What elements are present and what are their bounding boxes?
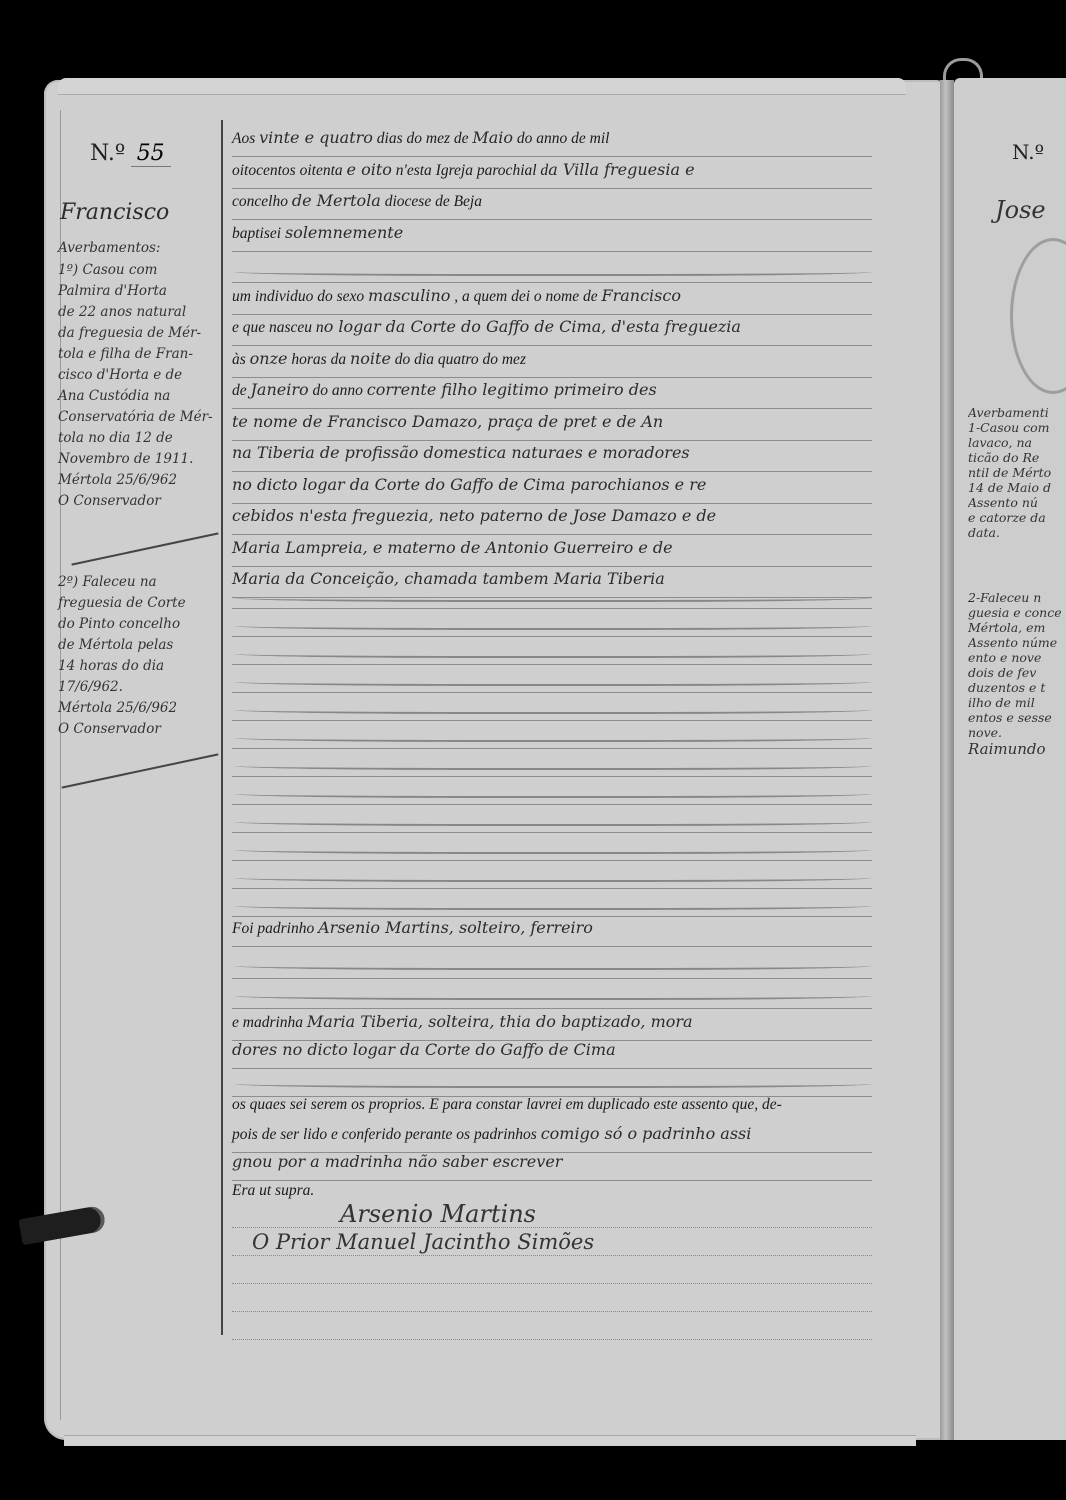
record-line: de Janeiro do anno corrente filho legiti… — [232, 380, 872, 409]
entry-number: N.º 55 — [90, 140, 171, 166]
annotation-line: freguesia de Corte — [58, 593, 223, 614]
facing-annotation-line: ilho de mil — [968, 695, 1066, 710]
handwritten-text: cebidos n'esta freguezia, neto paterno d… — [232, 506, 716, 525]
facing-baptized-name: Jose — [995, 196, 1046, 224]
blank-line — [232, 888, 872, 917]
facing-annotation-line: lavaco, na — [968, 435, 1066, 450]
handwritten-text: Maio — [472, 128, 513, 147]
printed-text: do dia quatro do mez — [391, 351, 526, 368]
closing-text-2: pois de ser lido e conferido perante os … — [232, 1126, 541, 1143]
annotation-line: O Conservador — [58, 719, 223, 740]
facing-annotation-line: Assento nú — [968, 495, 1066, 510]
facing-annotation-line: 2-Faleceu n — [968, 590, 1066, 605]
handwritten-text: solemnemente — [285, 223, 403, 242]
blank-line — [232, 804, 872, 833]
strike-wave — [234, 676, 872, 686]
handwritten-text: Maria Lampreia, e materno de Antonio Gue… — [232, 538, 673, 557]
facing-annotation-line: 14 de Maio d — [968, 480, 1066, 495]
annotation-line: tola no dia 12 de — [58, 428, 223, 449]
facing-annotation-line: Averbamenti — [968, 405, 1066, 420]
baptized-name: Francisco — [60, 200, 169, 225]
blank-line — [232, 692, 872, 721]
blank-line — [232, 1068, 872, 1097]
signature-line-3 — [232, 1283, 872, 1284]
annotation-line: Ana Custódia na — [58, 386, 223, 407]
record-line: no dicto logar da Corte do Gaffo de Cima… — [232, 475, 872, 504]
signature-line-1 — [232, 1227, 872, 1228]
closing-hand-3: gnou por a madrinha não saber escrever — [232, 1152, 562, 1171]
printed-text: diocese de Beja — [381, 193, 482, 210]
entry-number-value: 55 — [131, 141, 171, 167]
blank-line — [232, 636, 872, 665]
printed-text: n'esta Igreja parochial d — [392, 162, 548, 179]
handwritten-text: a Villa freguesia e — [548, 160, 694, 179]
blank-line — [232, 720, 872, 749]
annotation-line: Novembro de 1911. — [58, 449, 223, 470]
annotation-line: do Pinto concelho — [58, 614, 223, 635]
annotation-line: 1º) Casou com — [58, 260, 223, 281]
record-line: baptisei solemnemente — [232, 223, 872, 252]
facing-annotation-line: entos e sesse — [968, 710, 1066, 725]
facing-annotation-line: guesia e conce — [968, 605, 1066, 620]
godfather-label: Foi padrinho — [232, 920, 318, 937]
facing-annotation-line: Mértola, em — [968, 620, 1066, 635]
facing-annotation-line: 1-Casou com — [968, 420, 1066, 435]
annotation-death: 2º) Faleceu nafreguesia de Cortedo Pinto… — [58, 572, 223, 740]
facing-annotation-line: ticão do Re — [968, 450, 1066, 465]
printed-text: baptisei — [232, 225, 285, 242]
annotation-line: Mértola 25/6/962 — [58, 470, 223, 491]
record-line: Maria Lampreia, e materno de Antonio Gue… — [232, 538, 872, 567]
record-line — [232, 254, 872, 283]
strike-wave — [234, 990, 872, 1000]
handwritten-text: vinte e quatro — [259, 128, 373, 147]
printed-text: horas da — [288, 351, 350, 368]
facing-annotation-line: duzentos e t — [968, 680, 1066, 695]
facing-annotation-line: e catorze da — [968, 510, 1066, 525]
printed-text: um individuo do sexo — [232, 288, 368, 305]
annotation-line: 17/6/962. — [58, 677, 223, 698]
signature-line-2 — [232, 1255, 872, 1256]
facing-entry-number-label: N.º — [1012, 140, 1044, 164]
facing-annotation-1: Averbamenti1-Casou comlavaco, naticão do… — [968, 405, 1066, 540]
strike-wave — [234, 960, 872, 970]
printed-text: e que nasceu n — [232, 319, 324, 336]
annotation-line: 14 horas do dia — [58, 656, 223, 677]
annotation-line: Palmira d'Horta — [58, 281, 223, 302]
strike-wave — [234, 648, 872, 658]
closing-line-3: gnou por a madrinha não saber escrever — [232, 1152, 872, 1181]
godfather-line: Foi padrinho Arsenio Martins, solteiro, … — [232, 918, 872, 947]
page-bottom-edge — [64, 1435, 916, 1446]
strike-wave — [234, 900, 872, 910]
blank-line — [232, 950, 872, 979]
handwritten-text: Francisco — [602, 286, 681, 305]
handwritten-text: e oito — [347, 160, 392, 179]
book-gutter — [940, 80, 954, 1440]
blank-line — [232, 748, 872, 777]
page-top-edge — [58, 78, 906, 95]
strike-wave — [234, 266, 872, 276]
facing-annotation-2: 2-Faleceu nguesia e conceMértola, emAsse… — [968, 590, 1066, 740]
annotation-line: Conservatória de Mér- — [58, 407, 223, 428]
record-line: e que nasceu no logar da Corte do Gaffo … — [232, 317, 872, 346]
handwritten-text: no dicto logar da Corte do Gaffo de Cima… — [232, 475, 706, 494]
facing-annotation-line: nove. — [968, 725, 1066, 740]
entry-number-label: N.º — [90, 141, 125, 166]
blank-line — [232, 832, 872, 861]
printed-text: Aos — [232, 130, 259, 147]
printed-text: oitocentos oitenta — [232, 162, 347, 179]
godfather-signature: Arsenio Martins — [340, 1200, 536, 1228]
handwritten-text: de Mertola — [292, 191, 381, 210]
blank-line — [232, 580, 872, 609]
handwritten-text: Janeiro — [251, 380, 309, 399]
annotation-line: da freguesia de Mér- — [58, 323, 223, 344]
blank-line — [232, 776, 872, 805]
annotation-line: Mértola 25/6/962 — [58, 698, 223, 719]
blank-line — [232, 664, 872, 693]
printed-text: do anno — [309, 382, 367, 399]
handwritten-text: na Tiberia de profissão domestica natura… — [232, 443, 690, 462]
era-ut-supra-line: Era ut supra. — [232, 1182, 872, 1210]
record-line: Aos vinte e quatro dias do mez de Maio d… — [232, 128, 872, 157]
record-line: te nome de Francisco Damazo, praça de pr… — [232, 412, 872, 441]
era-ut-supra: Era ut supra. — [232, 1182, 314, 1199]
annotation-line: tola e filha de Fran- — [58, 344, 223, 365]
strike-wave — [234, 872, 872, 882]
closing-text-1: os quaes sei serem os proprios. E para c… — [232, 1096, 782, 1113]
record-line: às onze horas da noite do dia quatro do … — [232, 349, 872, 378]
handwritten-text: onze — [250, 349, 288, 368]
strike-wave — [234, 1078, 872, 1088]
annotation-line: O Conservador — [58, 491, 223, 512]
record-line: cebidos n'esta freguezia, neto paterno d… — [232, 506, 872, 535]
facing-signature: Raimundo — [968, 742, 1066, 757]
facing-annotation-line: dois de fev — [968, 665, 1066, 680]
printed-text: do anno de mil — [513, 130, 609, 147]
godmother-residence: dores no dicto logar da Corte do Gaffo d… — [232, 1040, 616, 1059]
annotations-heading: Averbamentos: — [58, 238, 223, 259]
strike-wave — [234, 620, 872, 630]
blank-line — [232, 860, 872, 889]
annotation-line: cisco d'Horta e de — [58, 365, 223, 386]
closing-line-1: os quaes sei serem os proprios. E para c… — [232, 1096, 872, 1124]
record-line: concelho de Mertola diocese de Beja — [232, 191, 872, 220]
closing-hand-2: comigo só o padrinho assi — [541, 1124, 752, 1143]
printed-text: , a quem dei o nome de — [450, 288, 601, 305]
closing-line-2: pois de ser lido e conferido perante os … — [232, 1124, 872, 1153]
godfather-value: Arsenio Martins, solteiro, ferreiro — [318, 918, 593, 937]
facing-annotation-line: data. — [968, 525, 1066, 540]
blank-line — [232, 980, 872, 1009]
annotation-line: de Mértola pelas — [58, 635, 223, 656]
godmother-line: e madrinha Maria Tiberia, solteira, thia… — [232, 1012, 872, 1041]
annotation-marriage: 1º) Casou comPalmira d'Hortade 22 anos n… — [58, 260, 223, 512]
handwritten-text: masculino — [368, 286, 450, 305]
annotation-line: de 22 anos natural — [58, 302, 223, 323]
signature-line-5 — [232, 1339, 872, 1340]
handwritten-text: o logar da Corte do Gaffo de Cima, d'est… — [324, 317, 741, 336]
handwritten-text: te nome de Francisco Damazo, praça de pr… — [232, 412, 663, 431]
facing-annotation-line: Assento núme — [968, 635, 1066, 650]
godmother-label: e madrinha — [232, 1014, 307, 1031]
printed-text: dias do mez de — [373, 130, 472, 147]
printed-text: concelho — [232, 193, 292, 210]
strike-wave — [234, 732, 872, 742]
printed-text: às — [232, 351, 250, 368]
strike-wave — [234, 816, 872, 826]
record-line: na Tiberia de profissão domestica natura… — [232, 443, 872, 472]
facing-annotation-line: ento e nove — [968, 650, 1066, 665]
signature-line-4 — [232, 1311, 872, 1312]
facing-annotation-line: ntil de Mérto — [968, 465, 1066, 480]
godmother-line-2: dores no dicto logar da Corte do Gaffo d… — [232, 1040, 872, 1069]
strike-wave — [234, 704, 872, 714]
printed-text: de — [232, 382, 251, 399]
handwritten-text: corrente filho legitimo primeiro des — [367, 380, 657, 399]
annotation-line: 2º) Faleceu na — [58, 572, 223, 593]
strike-wave — [234, 592, 872, 602]
priest-signature: O Prior Manuel Jacintho Simões — [252, 1230, 594, 1254]
handwritten-text: noite — [350, 349, 391, 368]
strike-wave — [234, 844, 872, 854]
blank-line — [232, 608, 872, 637]
strike-wave — [234, 760, 872, 770]
godmother-value: Maria Tiberia, solteira, thia do baptiza… — [307, 1012, 693, 1031]
record-line: um individuo do sexo masculino , a quem … — [232, 286, 872, 315]
strike-wave — [234, 788, 872, 798]
record-line: oitocentos oitenta e oito n'esta Igreja … — [232, 160, 872, 189]
